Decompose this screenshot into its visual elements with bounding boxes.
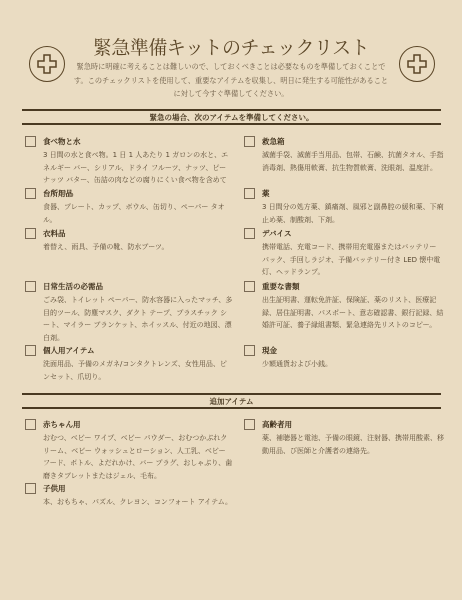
- item-description: 薬、補聴器と電池、予備の眼鏡、注射器、携帯用酸素、移動用品、び医師と介護者の連絡…: [262, 432, 444, 457]
- section-divider-top: [22, 109, 441, 111]
- item-description: 本、おもちゃ、パズル、クレヨン、コンフォート アイテム。: [43, 496, 233, 509]
- item-description: 着替え、雨具、予備の靴、防水ブーツ。: [43, 241, 233, 254]
- item-title: 重要な書類: [262, 281, 300, 292]
- item-description: 少額通貨および小銭。: [262, 358, 444, 371]
- checklist-page: 緊急準備キットのチェックリスト 緊急時に明確に考えることは難しいので、しておくべ…: [0, 0, 462, 600]
- page-title: 緊急準備キットのチェックリスト: [0, 33, 462, 60]
- checkbox[interactable]: [25, 483, 36, 494]
- item-title: 個人用アイテム: [43, 345, 94, 356]
- item-description: 食器、プレート、カップ、ボウル、缶切り、ペーパー タオル。: [43, 201, 233, 226]
- item-description: 洗面用品、予備のメガネ/コンタクトレンズ、女性用品、ピンセット、爪切り。: [43, 358, 233, 383]
- section-heading-additional: 追加アイテム: [22, 396, 441, 407]
- checkbox[interactable]: [25, 188, 36, 199]
- item-title: 現金: [262, 345, 277, 356]
- item-title: 子供用: [43, 483, 66, 494]
- item-title: 高齢者用: [262, 419, 292, 430]
- section-heading-essentials: 緊急の場合、次のアイテムを準備してください。: [22, 112, 441, 123]
- item-description: 出生証明書、運転免許証、保険証、薬のリスト、医療記録、居住証明書、パスポート、意…: [262, 294, 444, 332]
- section-divider-bottom: [22, 123, 441, 125]
- checkbox[interactable]: [25, 281, 36, 292]
- item-description: 滅菌手袋、滅菌手当用品、包帯、石鹸、抗菌タオル、手指消毒剤、熱傷用軟膏、抗生物質…: [262, 149, 444, 174]
- item-title: 薬: [262, 188, 270, 199]
- item-title: 食べ物と水: [43, 136, 81, 147]
- checkbox[interactable]: [25, 345, 36, 356]
- item-description: ごみ袋、トイレット ペーパー、防水容器に入ったマッチ、多目的ツール、防塵マスク、…: [43, 294, 233, 344]
- checkbox[interactable]: [25, 228, 36, 239]
- checkbox[interactable]: [244, 136, 255, 147]
- checkbox[interactable]: [244, 419, 255, 430]
- item-description: 携帯電話、充電コード、携帯用充電器またはバッテリー パック、手回しラジオ、予備バ…: [262, 241, 444, 279]
- checkbox[interactable]: [25, 136, 36, 147]
- intro-text: 緊急時に明確に考えることは難しいので、しておくべきことは必要なものを準備しておく…: [72, 60, 390, 101]
- item-title: 救急箱: [262, 136, 285, 147]
- item-description: おむつ、ベビー ワイプ、ベビー パウダー、おむつかぶれクリーム、ベビー ウォッシ…: [43, 432, 233, 482]
- item-title: 日常生活の必需品: [43, 281, 103, 292]
- item-title: 赤ちゃん用: [43, 419, 81, 430]
- checkbox[interactable]: [244, 228, 255, 239]
- section-divider-top: [22, 393, 441, 395]
- section-divider-bottom: [22, 407, 441, 409]
- item-title: 衣料品: [43, 228, 66, 239]
- checkbox[interactable]: [244, 345, 255, 356]
- item-title: 台所用品: [43, 188, 73, 199]
- item-description: 3 日間分の処方薬、鎮痛剤、風邪と副鼻腔の緩和薬、下痢止め薬、制酸剤、下剤。: [262, 201, 444, 226]
- checkbox[interactable]: [244, 188, 255, 199]
- checkbox[interactable]: [25, 419, 36, 430]
- item-title: デバイス: [262, 228, 291, 239]
- checkbox[interactable]: [244, 281, 255, 292]
